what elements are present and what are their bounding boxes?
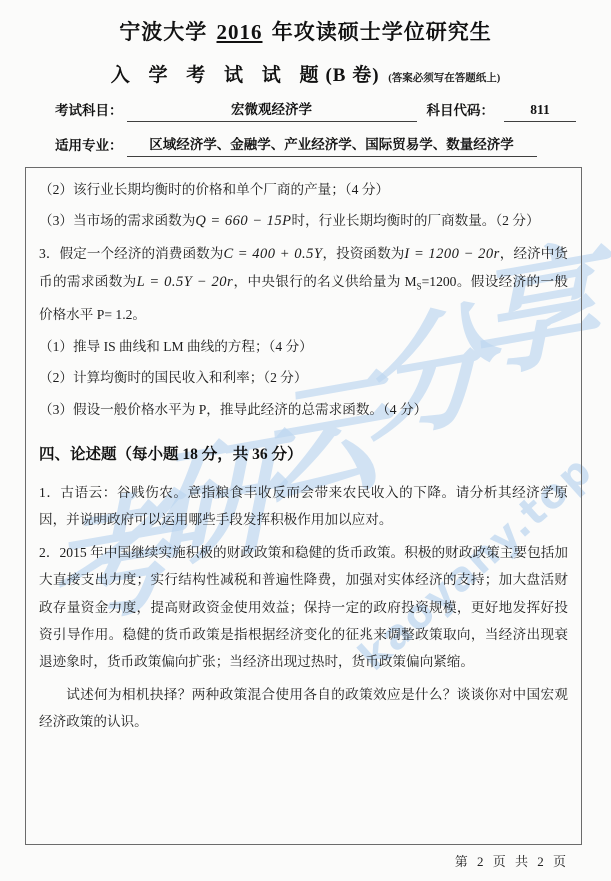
title-degree: 年攻读硕士学位研究生 (272, 20, 492, 44)
exam-paper-page: 考 研 云 分 享 kaoyany.top 宁波大学 2016 年攻读硕士学位研… (0, 0, 611, 881)
title-exam-name: 入 学 考 试 试 题 (111, 65, 326, 86)
question2-sub3: （3）当市场的需求函数为Q = 660 − 15P时，行业长期均衡时的厂商数量。… (39, 207, 568, 235)
section4-question2-closing: 试述何为相机抉择？两种政策混合使用各自的政策效应是什么？谈谈你对中国宏观经济政策… (39, 681, 568, 736)
section4-question1: 1．古语云：谷贱伤农。意指粮食丰收反而会带来农民收入的下降。请分析其经济学原因，… (39, 479, 568, 534)
title-year: 2016 (214, 20, 266, 44)
exam-title-line1: 宁波大学 2016 年攻读硕士学位研究生 (0, 16, 611, 46)
page-number: 第 2 页 共 2 页 (455, 851, 569, 870)
question3-sub1: （1）推导 IS 曲线和 LM 曲线的方程；（4 分） (39, 333, 568, 360)
title-answer-note: (答案必须写在答题纸上) (388, 73, 500, 84)
title-paper-version: (B 卷) (325, 65, 379, 86)
exam-title-line2: 入 学 考 试 试 题(B 卷) (答案必须写在答题纸上) (0, 60, 611, 87)
question3-stem: 3．假定一个经济的消费函数为C = 400 + 0.5Y，投资函数为I = 12… (39, 240, 568, 329)
subject-value: 宏微观经济学 (127, 98, 417, 122)
subject-row: 考试科目： 宏微观经济学 科目代码： 811 (55, 98, 581, 122)
section4-question2: 2．2015 年中国继续实施积极的财政政策和稳健的货币政策。积极的财政政策主要包… (39, 539, 568, 676)
q3-investment-formula: I = 1200 − 20r (404, 246, 499, 262)
q2-sub3-text-pre: （3）当市场的需求函数为 (39, 213, 195, 228)
subject-code-value: 811 (504, 102, 576, 122)
subject-label: 考试科目： (55, 99, 123, 122)
q2-sub3-formula: Q = 660 − 15P (195, 213, 291, 229)
exam-body-box: （2）该行业长期均衡时的价格和单个厂商的产量；（4 分） （3）当市场的需求函数… (25, 167, 582, 845)
major-row: 适用专业： 区域经济学、金融学、产业经济学、国际贸易学、数量经济学 (55, 133, 581, 157)
major-label: 适用专业： (55, 134, 123, 157)
q2-sub3-text-post: 时，行业长期均衡时的厂商数量。（2 分） (291, 213, 539, 228)
question3-sub2: （2）计算均衡时的国民收入和利率；（2 分） (39, 364, 568, 391)
question2-sub2: （2）该行业长期均衡时的价格和单个厂商的产量；（4 分） (39, 176, 568, 203)
exam-header: 宁波大学 2016 年攻读硕士学位研究生 入 学 考 试 试 题(B 卷) (答… (0, 0, 611, 87)
section4-heading: 四、论述题（每小题 18 分，共 36 分） (39, 441, 568, 469)
major-value: 区域经济学、金融学、产业经济学、国际贸易学、数量经济学 (127, 133, 537, 157)
subject-code-label: 科目代码： (427, 99, 495, 122)
q3-text-mid1: ，投资函数为 (322, 246, 404, 261)
q3-consumption-formula: C = 400 + 0.5Y (223, 246, 322, 262)
q3-money-demand-formula: L = 0.5Y − 20r (137, 274, 234, 290)
q3-text-mid3: ，中央银行的名义供给量为 M (233, 274, 416, 289)
q3-text-pre: 3．假定一个经济的消费函数为 (39, 246, 223, 261)
title-university: 宁波大学 (119, 20, 207, 44)
question3-sub3: （3）假设一般价格水平为 P，推导此经济的总需求函数。（4 分） (39, 396, 568, 423)
